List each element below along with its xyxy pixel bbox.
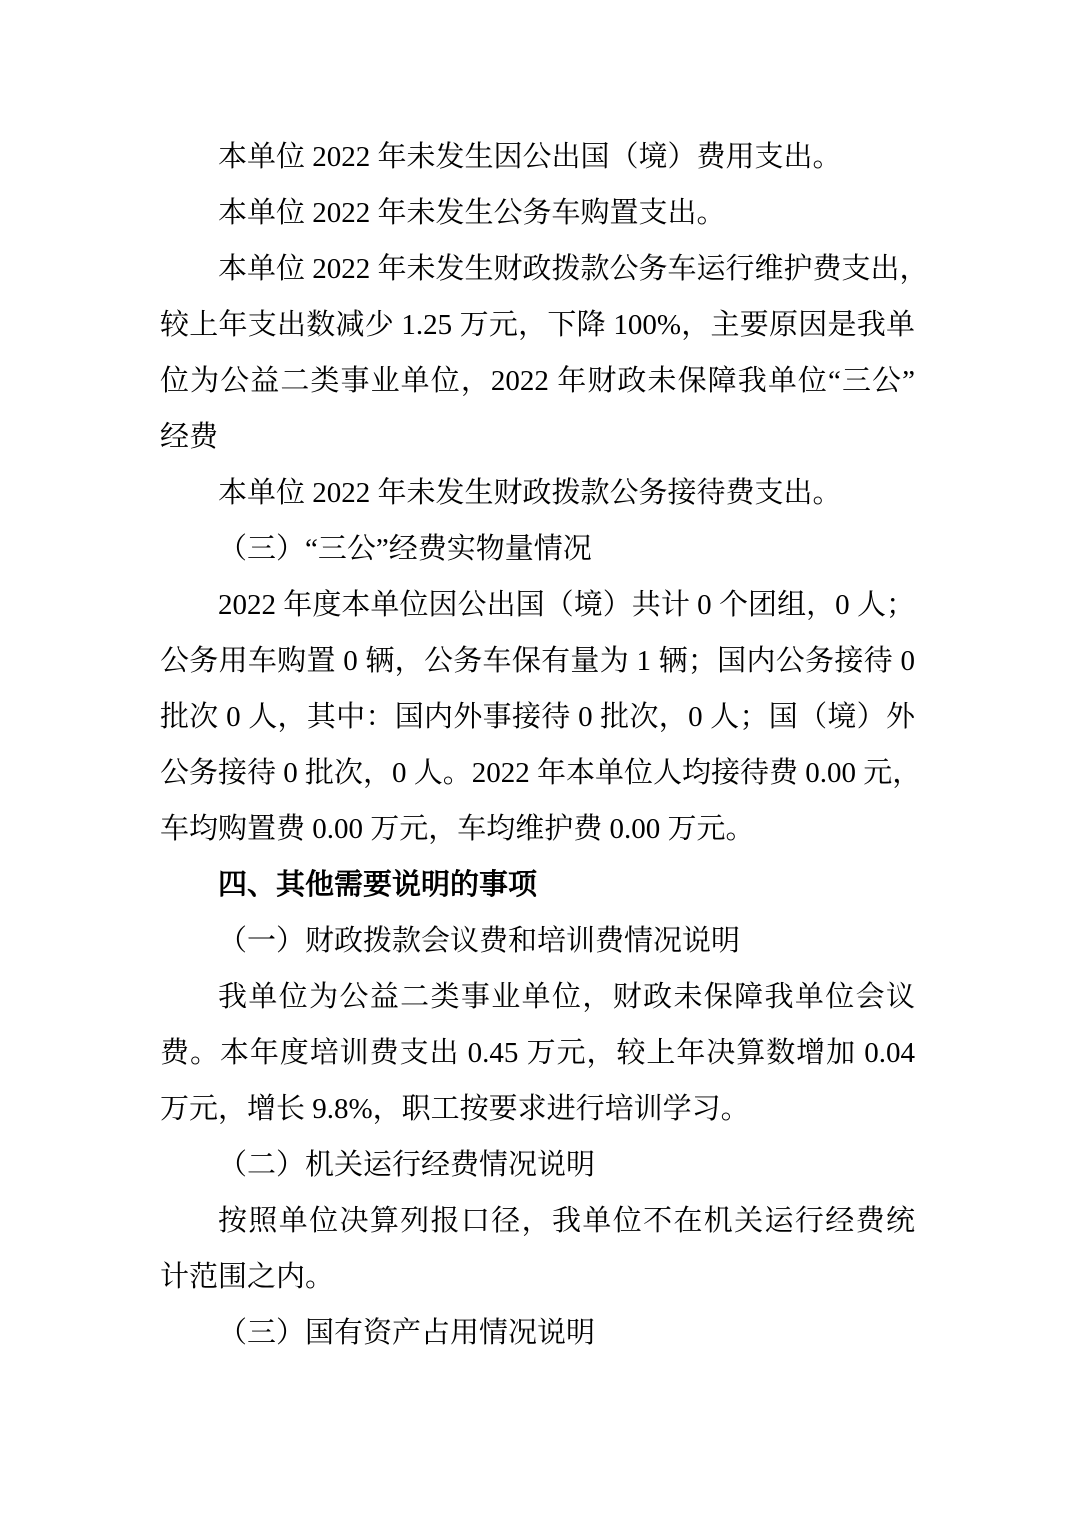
subsection-heading: （一）财政拨款会议费和培训费情况说明 [160,913,915,969]
text-line: 我单位为公益二类事业单位，财政未保障我单位会议 [160,969,915,1025]
text-line: 万元，增长 9.8%，职工按要求进行培训学习。 [160,1081,915,1137]
text-line: 按照单位决算列报口径，我单位不在机关运行经费统 [160,1193,915,1249]
text-line: 较上年支出数减少 1.25 万元，下降 100%，主要原因是我单 [160,297,915,353]
text-line: 2022 年度本单位因公出国（境）共计 0 个团组，0 人； [160,577,915,633]
subsection-heading: （三）“三公”经费实物量情况 [160,521,915,577]
subsection-heading: （二）机关运行经费情况说明 [160,1137,915,1193]
text-line: 批次 0 人，其中：国内外事接待 0 批次，0 人；国（境）外 [160,689,915,745]
text-line: 车均购置费 0.00 万元，车均维护费 0.00 万元。 [160,801,915,857]
text-line: 公务用车购置 0 辆，公务车保有量为 1 辆；国内公务接待 0 [160,633,915,689]
text-line: 本单位 2022 年未发生公务车购置支出。 [160,185,915,241]
text-line: 本单位 2022 年未发生因公出国（境）费用支出。 [160,129,915,185]
text-line: 位为公益二类事业单位，2022 年财政未保障我单位“三公” [160,353,915,409]
text-line: 计范围之内。 [160,1249,915,1305]
document-page: 本单位 2022 年未发生因公出国（境）费用支出。本单位 2022 年未发生公务… [0,0,1075,1521]
text-line: 本单位 2022 年未发生财政拨款公务接待费支出。 [160,465,915,521]
section-heading: 四、其他需要说明的事项 [160,857,915,913]
text-line: 费。本年度培训费支出 0.45 万元，较上年决算数增加 0.04 [160,1025,915,1081]
text-line: 经费 [160,409,915,465]
text-line: 本单位 2022 年未发生财政拨款公务车运行维护费支出， [160,241,915,297]
text-line: 公务接待 0 批次，0 人。2022 年本单位人均接待费 0.00 元， [160,745,915,801]
subsection-heading: （三）国有资产占用情况说明 [160,1305,915,1361]
